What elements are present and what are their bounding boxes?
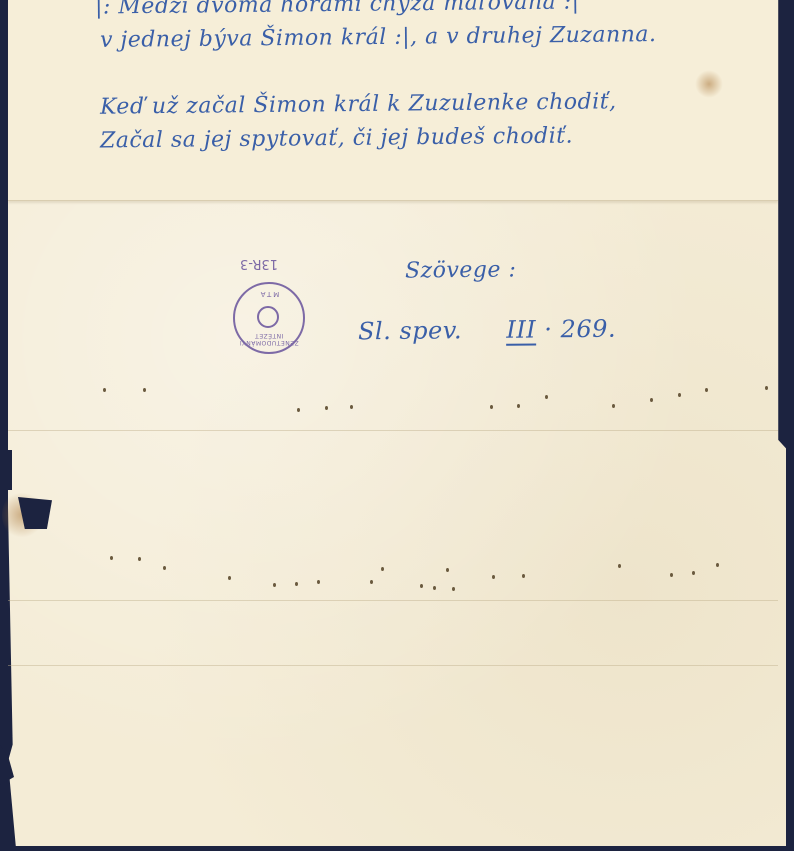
- ink-dot: [228, 576, 231, 580]
- ink-dot: [110, 556, 113, 560]
- ink-dot: [612, 404, 615, 408]
- annotation-place: Szövege :: [405, 257, 517, 283]
- fold-line: [8, 665, 778, 666]
- ink-dot: [670, 573, 673, 577]
- ink-dot: [163, 566, 166, 570]
- ink-dot: [692, 571, 695, 575]
- ink-dot: [317, 580, 320, 584]
- ink-dot: [325, 406, 328, 410]
- stamp-emblem-icon: [257, 306, 279, 328]
- reference-volume: III: [506, 315, 536, 345]
- ink-dot: [103, 388, 106, 392]
- ink-dot: [452, 587, 455, 591]
- ink-dot: [273, 583, 276, 587]
- ink-dot: [522, 574, 525, 578]
- ink-dot: [420, 584, 423, 588]
- institute-stamp: ZENETUDOMÁNYI INTÉZET MTA: [233, 282, 305, 354]
- ink-dot: [350, 405, 353, 409]
- ink-dot: [433, 586, 436, 590]
- torn-edge: [0, 450, 12, 490]
- annotation-reference: Sl. spev. III · 269.: [358, 315, 616, 346]
- lyrics-line-4: Začal sa jej spytovať, či jej budeš chod…: [100, 124, 573, 154]
- ink-dot: [490, 405, 493, 409]
- ink-dot: [143, 388, 146, 392]
- fold-line: [8, 600, 778, 601]
- reference-prefix: Sl. spev.: [358, 316, 462, 345]
- ink-dot: [678, 393, 681, 397]
- ink-dot: [297, 408, 300, 412]
- ink-dot: [765, 386, 768, 390]
- ink-dot: [716, 563, 719, 567]
- ink-dot: [705, 388, 708, 392]
- reference-number: · 269.: [544, 315, 616, 344]
- ink-dot: [650, 398, 653, 402]
- ink-dot: [492, 575, 495, 579]
- stamp-ring-text: ZENETUDOMÁNYI INTÉZET: [235, 332, 303, 346]
- ink-dot: [295, 582, 298, 586]
- ink-dot: [446, 568, 449, 572]
- fold-line: [8, 430, 778, 431]
- ink-dot: [618, 564, 621, 568]
- ink-dot: [517, 404, 520, 408]
- ink-dot: [545, 395, 548, 399]
- stain: [695, 70, 723, 98]
- ink-dot: [370, 580, 373, 584]
- ink-dot: [138, 557, 141, 561]
- stamp-code: 13R-3: [240, 256, 278, 271]
- ink-dot: [381, 567, 384, 571]
- stamp-bottom-text: MTA: [235, 290, 303, 298]
